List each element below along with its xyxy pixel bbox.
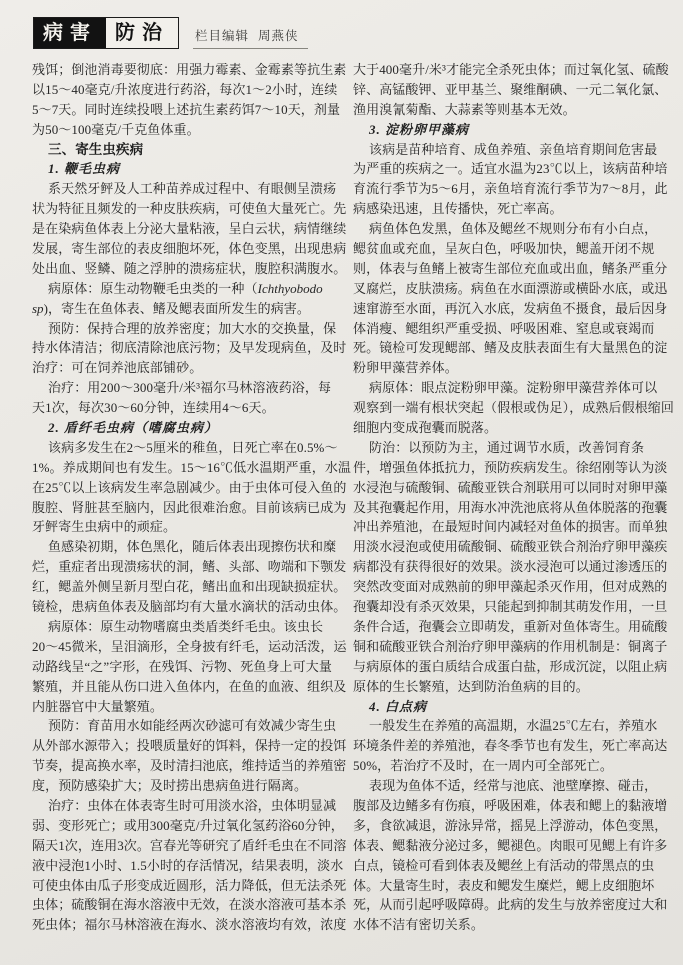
text-line: 内脏器官中大量繁殖。 — [32, 697, 342, 717]
editor-credit: 栏目编辑 周燕侠 — [193, 26, 308, 49]
text-line: 1%。养成期间也有发生。15～16℃低水温期严重，水温 — [32, 458, 342, 478]
text-line: 一般发生在养殖的高温期，水温25℃左右，养殖水 — [353, 716, 663, 736]
text-line: 为50～100毫克/千克鱼体重。 — [32, 120, 342, 140]
text-line: 腹部及边鳍多有伤痕，呼吸困难，体表和鳃上的黏液增 — [353, 796, 663, 816]
text-line: 及其孢囊起作用，用海水冲洗池底将从鱼体脱落的孢囊 — [353, 498, 663, 518]
text-line: 体。大量寄生时，表皮和鳃发生糜烂，鳃上皮细胞坏 — [353, 876, 663, 896]
text-line: 细胞内变成孢囊而脱落。 — [353, 418, 663, 438]
text-line: 育流行季节为5～6月，亲鱼培育流行季节为7～8月，此 — [353, 179, 663, 199]
text-line: 条件合适，孢囊会立即萌发，重新对鱼体寄生。用硫酸 — [353, 617, 663, 637]
logo-badge-light: 防治 — [106, 18, 178, 48]
text-line: 虫体；硫酸铜在海水溶液中无效，在淡水溶液可基本杀 — [32, 895, 342, 915]
text-line: 粉卵甲藻营养体。 — [353, 358, 663, 378]
text-line: 孢囊却没有杀灭效果，只能起到抑制其萌发作用，一旦 — [353, 597, 663, 617]
text-line: 表现为鱼体不适，经常与池底、池壁摩擦、碰击， — [353, 776, 663, 796]
text-line: 节奏，提高换水率，及时清扫池底，维持适当的养殖密 — [32, 756, 342, 776]
text-line: 速窜游至水面，再沉入水底，发病鱼不摄食，最后因身 — [353, 299, 663, 319]
text-line: 持水体清洁；彻底清除池底污物；及早发现病鱼，及时 — [32, 338, 342, 358]
text-line: 是在染病鱼体表上分泌大量粘液，呈白云状，病情继续 — [32, 219, 342, 239]
text-line: 大于400毫升/米³才能完全杀死虫体；而过氧化氢、硫酸 — [353, 60, 663, 80]
section-heading: 三、寄生虫疾病 — [32, 140, 342, 160]
subsection-heading: 1. 鞭毛虫病 — [32, 159, 342, 179]
text-line: 叉腐烂，皮肤溃疡。病鱼在水面漂游或横卧水底，或迅 — [353, 279, 663, 299]
article-body: 残饵；倒池消毒要彻底：用强力霉素、金霉素等抗生素以15～40毫克/升浓度进行药浴… — [32, 60, 663, 935]
text-line: 液中浸泡1小时、1.5小时的存活情况，结果表明，淡水 — [32, 856, 342, 876]
text-line: 铜和硫酸亚铁合剂治疗卵甲藻病的作用机制是：铜离子 — [353, 637, 663, 657]
text-line: 弱、变形死亡；或用300毫克/升过氧化氢药浴60分钟， — [32, 816, 342, 836]
text-line: 状为特征且频发的一种皮肤疾病，可使鱼大量死亡。先 — [32, 199, 342, 219]
text-line: 病鱼体色发黑，鱼体及鳃丝不规则分布有小白点， — [353, 219, 663, 239]
text-line: 用淡水浸泡或使用硫酸铜、硫酸亚铁合剂治疗卵甲藻疾 — [353, 537, 663, 557]
text-line: 发展，寄生部位的表皮细胞坏死，体色变黑，出现患病 — [32, 239, 342, 259]
column-masthead: 病害 防治 栏目编辑 周燕侠 — [33, 17, 662, 49]
text-line: 冲出养殖池，在最短时间内减轻对鱼体的损害。而单独 — [353, 517, 663, 537]
text-line: 治疗：用200～300毫升/米³福尔马林溶液药浴，每 — [32, 378, 342, 398]
text-line: 牙鲆寄生虫病中的顽症。 — [32, 517, 342, 537]
text-line: 5～7天。同时连续投喂上述抗生素药饵7～10天，剂量 — [32, 100, 342, 120]
text-line: 治疗：可在饲养池底部铺砂。 — [32, 358, 342, 378]
editor-credit-name: 周燕侠 — [258, 29, 299, 43]
editor-credit-label: 栏目编辑 — [195, 29, 249, 43]
subsection-heading: 4. 白点病 — [353, 697, 663, 717]
text-line: 死，从而引起呼吸障碍。此病的发生与放养密度过大和 — [353, 895, 663, 915]
text-line: 白点，镜检可看到体表及鳃丝上有活动的带黑点的虫 — [353, 856, 663, 876]
column-logo: 病害 防治 — [33, 17, 179, 49]
text-line: 病感染迅速，且传播快，死亡率高。 — [353, 199, 663, 219]
text-line: 锌、高锰酸钾、亚甲基兰、聚维酮碘、一元二氧化氯、 — [353, 80, 663, 100]
text-line: 隔天1次，连用3次。宫春光等研究了盾纤毛虫在不同溶 — [32, 836, 342, 856]
text-line: 死。镜检可发现鳃部、鳍及皮肤表面生有大量黑色的淀 — [353, 338, 663, 358]
column-right: 大于400毫升/米³才能完全杀死虫体；而过氧化氢、硫酸锌、高锰酸钾、亚甲基兰、聚… — [353, 60, 663, 935]
subsection-heading: 3. 淀粉卵甲藻病 — [353, 120, 663, 140]
text-line: 该病多发生在2～5厘米的稚鱼，日死亡率在0.5%～ — [32, 438, 342, 458]
text-line: 病原体：眼点淀粉卵甲藻。淀粉卵甲藻营养体可以 — [353, 378, 663, 398]
text-line: 死虫体；福尔马林溶液在海水、淡水溶液均有效，浓度 — [32, 915, 342, 935]
text-line: 渔用溴氰菊酯、大蒜素等则基本无效。 — [353, 100, 663, 120]
text-line: 治疗：虫体在体表寄生时可用淡水浴，虫体明显减 — [32, 796, 342, 816]
text-line: 件，增强鱼体抵抗力，预防疾病发生。徐绍刚等认为淡 — [353, 458, 663, 478]
text-line: 该病是苗种培育、成鱼养殖、亲鱼培育期间危害最 — [353, 140, 663, 160]
text-line: 病都没有获得很好的效果。淡水浸泡可以通过渗透压的 — [353, 557, 663, 577]
text-line: 体消瘦、鳃组织严重受损、呼吸困难、窒息或衰竭而 — [353, 319, 663, 339]
text-line: 处出血、竖鳞、随之浮肿的溃疡症状，腹腔积满腹水。 — [32, 259, 342, 279]
text-line: 度，预防感染扩大；及时捞出患病鱼进行隔离。 — [32, 776, 342, 796]
text-line: 可使虫体由瓜子形变成近圆形，活力降低，但无法杀死 — [32, 876, 342, 896]
text-line: 系天然牙鲆及人工种苗养成过程中、有眼侧呈溃疡 — [32, 179, 342, 199]
text-line: 体表、鳃黏液分泌过多，鳃褪色。肉眼可见鳃上有许多 — [353, 836, 663, 856]
logo-badge-dark: 病害 — [34, 18, 106, 48]
text-line: 动路线呈“之”字形，在残饵、污物、死鱼身上可大量 — [32, 657, 342, 677]
text-line: 则，体表与鱼鳍上被寄生部位充血或出血，鳍条严重分 — [353, 259, 663, 279]
text-line: sp)，寄生在鱼体表、鳍及鳃表面所发生的病害。 — [32, 299, 342, 319]
text-line: 观察到一端有根状突起（假根或伪足），成熟后假根缩回 — [353, 398, 663, 418]
text-line: 残饵；倒池消毒要彻底：用强力霉素、金霉素等抗生素 — [32, 60, 342, 80]
text-line: 以15～40毫克/升浓度进行药浴，每次1～2小时，连续 — [32, 80, 342, 100]
text-line: 突然改变面对成熟前的卵甲藻起杀灭作用，但对成熟的 — [353, 577, 663, 597]
text-line: 防治：以预防为主，通过调节水质，改善饲育条 — [353, 438, 663, 458]
text-line: 原体的生长繁殖，达到防治鱼病的目的。 — [353, 677, 663, 697]
text-line: 水体不洁有密切关系。 — [353, 915, 663, 935]
text-line: 鳃贫血或充血，呈灰白色，呼吸加快，鳃盖开闭不规 — [353, 239, 663, 259]
text-line: 20～45微米，呈泪滴形，全身披有纤毛，运动活泼，运 — [32, 637, 342, 657]
scanned-page: 病害 防治 栏目编辑 周燕侠 残饵；倒池消毒要彻底：用强力霉素、金霉素等抗生素以… — [0, 0, 683, 965]
text-line: 病原体：原生动物嗜腐虫类盾类纤毛虫。该虫长 — [32, 617, 342, 637]
text-line: 与病原体的蛋白质结合成蛋白盐，形成沉淀，以阻止病 — [353, 657, 663, 677]
text-line: 腹腔、肾脏甚至脑内，因此很难治愈。目前该病已成为 — [32, 498, 342, 518]
column-left: 残饵；倒池消毒要彻底：用强力霉素、金霉素等抗生素以15～40毫克/升浓度进行药浴… — [32, 60, 342, 935]
text-line: 鱼感染初期，体色黑化，随后体表出现擦伤状和糜 — [32, 537, 342, 557]
text-line: 烂，重症者出现溃疡状的洞，鳍、头部、吻端和下颚发 — [32, 557, 342, 577]
text-line: 预防：保持合理的放养密度；加大水的交换量，保 — [32, 319, 342, 339]
text-line: 水浸泡与硫酸铜、硫酸亚铁合剂联用可以同时对卵甲藻 — [353, 478, 663, 498]
text-line: 从外部水源带入；投喂质量好的饵料，保持一定的投饵 — [32, 736, 342, 756]
text-line: 红，鳃盖外侧呈新月型白花，鳍出血和出现缺损症状。 — [32, 577, 342, 597]
magazine-page: { "colors": { "page_bg": "#eae8e3", "ink… — [0, 0, 683, 965]
text-line: 为严重的疾病之一。适宜水温为23℃以上，该病苗种培 — [353, 159, 663, 179]
subsection-heading: 2. 盾纤毛虫病（嗜腐虫病） — [32, 418, 342, 438]
text-line: 繁殖，并且能从伤口进入鱼体内，在鱼的血液、组织及 — [32, 677, 342, 697]
text-line: 在25℃以上该病发生率急剧减少。由于虫体可侵入鱼的 — [32, 478, 342, 498]
text-line: 环境条件差的养殖池，春冬季节也有发生，死亡率高达 — [353, 736, 663, 756]
text-line: 病原体：原生动物鞭毛虫类的一种（Ichthyobodo — [32, 279, 342, 299]
text-line: 预防：育苗用水如能经两次砂滤可有效减少寄生虫 — [32, 716, 342, 736]
text-line: 50%，若治疗不及时，在一周内可全部死亡。 — [353, 756, 663, 776]
text-line: 多，食欲减退，游泳异常，摇晃上浮游动，体色变黑， — [353, 816, 663, 836]
text-line: 镜检，患病鱼体表及脑部均有大量水滴状的活动虫体。 — [32, 597, 342, 617]
text-line: 天1次，每次30～60分钟，连续用4～6天。 — [32, 398, 342, 418]
